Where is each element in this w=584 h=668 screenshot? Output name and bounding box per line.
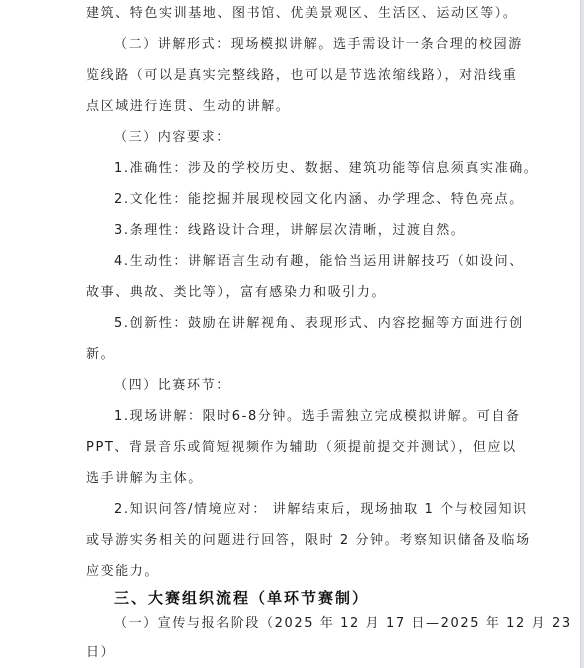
paragraph-line-venues-continued: 建筑、特色实训基地、图书馆、优美景观区、生活区、运动区等）。 — [86, 4, 518, 24]
list-item-qa-end: 应变能力。 — [86, 562, 159, 582]
list-item-live-explanation-continued: PPT、背景音乐或简短视频作为辅助（须提前提交并测试），但应以 — [86, 438, 517, 458]
list-item-innovation-continued: 新。 — [86, 345, 115, 365]
paragraph-line-explanation-form: （二）讲解形式：现场模拟讲解。选手需设计一条合理的校园游 — [114, 35, 523, 55]
paragraph-line-route: 览线路（可以是真实完整线路，也可以是节选浓缩线路），对沿线重 — [86, 66, 518, 86]
subheading-competition-stages: （四）比赛环节： — [114, 376, 231, 396]
list-item-qa: 2.知识问答/情境应对： 讲解结束后，现场抽取 1 个与校园知识 — [114, 500, 528, 520]
subheading-promotion-registration: （一）宣传与报名阶段（2025 年 12 月 17 日—2025 年 12 月 … — [114, 614, 572, 634]
list-item-accuracy: 1.准确性：涉及的学校历史、数据、建筑功能等信息须真实准确。 — [114, 159, 538, 179]
page-edge-divider — [580, 0, 584, 668]
subheading-promotion-registration-continued: 日） — [86, 643, 115, 663]
document-page: 建筑、特色实训基地、图书馆、优美景观区、生活区、运动区等）。 （二）讲解形式：现… — [0, 0, 580, 668]
list-item-qa-continued: 或导游实务相关的问题进行回答，限时 2 分钟。考察知识储备及临场 — [86, 531, 531, 551]
list-item-innovation: 5.创新性：鼓励在讲解视角、表现形式、内容挖掘等方面进行创 — [114, 314, 524, 334]
list-item-live-explanation-end: 选手讲解为主体。 — [86, 469, 203, 489]
list-item-vividness-continued: 故事、典故、类比等），富有感染力和吸引力。 — [86, 283, 386, 303]
list-item-culture: 2.文化性：能挖掘并展现校园文化内涵、办学理念、特色亮点。 — [114, 190, 524, 210]
document-viewport: 建筑、特色实训基地、图书馆、优美景观区、生活区、运动区等）。 （二）讲解形式：现… — [0, 0, 584, 668]
list-item-vividness: 4.生动性：讲解语言生动有趣，能恰当运用讲解技巧（如设问、 — [114, 252, 524, 272]
list-item-logic: 3.条理性：线路设计合理，讲解层次清晰，过渡自然。 — [114, 221, 465, 241]
section-heading-organization-process: 三、大赛组织流程（单环节赛制） — [114, 588, 369, 608]
subheading-content-requirements: （三）内容要求： — [114, 128, 231, 148]
paragraph-line-route-end: 点区域进行连贯、生动的讲解。 — [86, 97, 290, 117]
list-item-live-explanation: 1.现场讲解：限时6-8分钟。选手需独立完成模拟讲解。可自备 — [114, 407, 521, 427]
